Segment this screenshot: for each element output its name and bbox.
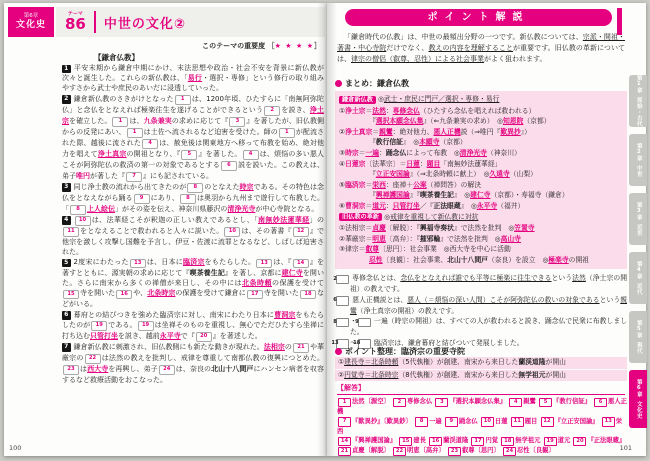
answer-line: 14『興禅護国論』 15建長 16蘭渓道隆 17円覚 18無学祖元 19道元 2… [337, 436, 627, 446]
key-term: 極楽寺 [548, 256, 568, 264]
summary-line: 『選択本願念仏集』（⇐九条兼実の求め） ◎知恩院（京都） [339, 116, 623, 127]
bold-term: 摧邪輪 [420, 235, 440, 243]
key-term: 興禅護国論 [376, 191, 410, 199]
blank-box-5: 5 [181, 150, 197, 160]
key-term: 永平寺 [160, 332, 181, 340]
number-chip-20: 20 [573, 437, 586, 447]
number-chip-2: 2 [336, 275, 349, 285]
blank-box-16: 16 [116, 290, 132, 300]
bold-term: 無学祖元 [518, 371, 545, 379]
key-term: 歎異抄 [500, 128, 520, 136]
blank-box-8: 8 [70, 205, 86, 215]
theme-header: テーマ 86 中世の文化② [56, 7, 325, 37]
number-chip-5: 5 [539, 398, 552, 408]
pink-term: 道元 [558, 437, 573, 444]
pink-term: 浄土宗 [345, 107, 365, 115]
key-term: 一遍 [365, 149, 379, 157]
number-chip-1: 1 [338, 398, 351, 408]
body-text: 1平安末期から鎌倉中期にかけ、末法思想や政治・社会不安を背景に新仏教が次々と誕生… [62, 63, 324, 385]
pink-term: 法然〔源空〕 [352, 398, 392, 405]
pink-term: 『教行信証』 [553, 398, 593, 405]
number-chip-8: 8 [415, 417, 428, 427]
note-line: 2 専修念仏とは、念仏をとなえれば誰でも平等に極楽に往生できるという法然（浄土宗… [335, 273, 627, 295]
side-tab-medieval: 第2章 中世 [629, 134, 647, 186]
paragraph: 7鎌倉新仏教に刺激され、旧仏教側にも新たな動きが現れた。法相宗の21や華厳宗の2… [62, 342, 324, 385]
summary-line: ①浄土宗＝法然：専修念仏（ひたすら念仏を唱えれば救われる） [339, 106, 623, 117]
bracket-close: ］ [314, 42, 321, 50]
paragraph-marker-4: 4 [62, 216, 71, 225]
blank-box-17: 17 [247, 290, 263, 300]
summary-line: ⑥曹洞宗＝道元：只管打坐／『正法眼蔵』 ◎永平寺（福井） [339, 201, 623, 212]
key-term: 曹洞宗 [274, 311, 295, 319]
number-chip-8: 8 [336, 318, 349, 328]
blank-box-22: 22 [85, 354, 101, 364]
paragraph: 52度宋にわたった13は、日本に臨済宗をもたらした。13は、『14』を著すととも… [62, 257, 324, 310]
summary-heading-label: まとめ：鎌倉仏教 [345, 78, 409, 89]
answers-label: 【解答】 [337, 383, 365, 393]
bold-term: 教行信証 [376, 138, 403, 146]
pink-term: 『興禅護国論』 [352, 437, 398, 444]
tab-label: 近世 [635, 224, 641, 236]
blank-box-1: 1 [279, 128, 295, 138]
bold-term: 北山十八間戸 [211, 365, 253, 373]
pink-term: 一遍 [429, 418, 444, 425]
key-term: 専修念仏 [393, 107, 420, 115]
key-term: 公案 [413, 181, 427, 189]
tab-chapter: 第4章 [635, 261, 641, 280]
key-term: 建仁寺 [470, 191, 490, 199]
chapter-box: 第6章 文化史 [8, 7, 54, 37]
blank-box-13: 13 [256, 259, 272, 269]
blank-box-10: 10 [75, 216, 91, 226]
importance-label: このテーマの重要度 [202, 42, 265, 50]
blank-box-15: 15 [63, 290, 79, 300]
organize-lines: ①建長寺＝北条時頼（5代執権）が創建、南宋から来日した蘭渓道隆が開山②円覚寺＝北… [335, 357, 627, 382]
bold-term: 北山十八間戸 [447, 256, 488, 264]
pink-term: 時宗 [345, 149, 359, 157]
underline-term: 戒律を重視して新仏教に対抗 [390, 213, 478, 221]
key-term: 選択本願念仏集 [376, 117, 424, 125]
tab-chapter: 第1章 [635, 75, 641, 94]
bold-term: 正法眼蔵 [433, 202, 460, 210]
tab-label: 現代 [635, 342, 641, 354]
pink-term: 叡尊〔思円〕 [462, 447, 502, 454]
key-term: 浄土宗 [62, 106, 324, 125]
pink-term: 題目 [525, 418, 540, 425]
pink-term: 踊念仏 [459, 418, 480, 425]
answer-line: 1法然〔源空〕 2専修念仏 3『選択本願念仏集』 4親鸞 5『教行信証』 6悪人… [337, 397, 627, 417]
summary-box: 鎌倉新仏教◎武士・庶民に門戸／選択・専修・易行①浄土宗＝法然：専修念仏（ひたすら… [335, 91, 627, 269]
key-term: 道元 [372, 202, 386, 210]
side-tab-primitive-ancient: 第1章 原始・古代 [629, 75, 647, 127]
paragraph-marker-5: 5 [62, 259, 71, 268]
underline-term: 武士・庶民に門戸／選択・専修・易行 [384, 95, 500, 103]
bracket-open: ［ [268, 42, 275, 50]
pink-term: 唯円 [76, 172, 90, 180]
number-chip-13: 13 [602, 417, 615, 427]
number-chip-16: 16 [429, 437, 442, 447]
pink-term: 無学祖元 [515, 437, 542, 444]
blank-box-1: 1 [175, 95, 191, 105]
side-tab-modern: 第4章 近代 [629, 252, 647, 304]
number-chip-21: 21 [338, 447, 351, 457]
number-chip-7: 7 [338, 417, 351, 427]
key-term: 易行 [188, 74, 202, 82]
blank-box-18: 18 [300, 290, 316, 300]
key-term: 上人絵伝 [87, 205, 115, 213]
summary-line: ⑤臨済宗＝栄西：座禅＋公案（禅問答）の解決 [339, 180, 623, 191]
number-chip-22: 22 [393, 447, 406, 457]
pink-term: 臨済宗 [345, 181, 365, 189]
blank-box-4: 4 [142, 139, 158, 149]
paragraph-marker-2: 2 [62, 95, 71, 104]
chapter-number: 第6章 [24, 13, 39, 20]
number-chip-6: 6 [594, 398, 607, 408]
right-page: ポイント解説 「鎌倉時代の仏教」は、中世の最頻出分野の一つです。新仏教については… [327, 3, 646, 456]
key-term: 法相宗 [264, 343, 285, 351]
organize-line: ②円覚寺＝北条時宗（8代執権）が創建、南宋から来日した無学祖元が開山 [335, 370, 627, 382]
notes: 2 専修念仏とは、念仏をとなえれば誰でも平等に極楽に往生できるという法然（浄土宗… [335, 273, 627, 349]
paragraph-marker-3: 3 [62, 183, 71, 192]
key-term: 時宗 [240, 183, 254, 191]
left-page: 第6章 文化史 テーマ 86 中世の文化② このテーマの重要度 ［★ ★ ★ ★… [4, 3, 327, 456]
note-line: 6 悪人正機説とは、悪人（＝煩悩の深い人間）こそが阿弥陀仏の救いの対象であるとい… [335, 295, 627, 317]
pink-term: 『選択本願念仏集』 [449, 398, 508, 405]
answers-divider [337, 394, 625, 395]
summary-heading: まとめ：鎌倉仏教 [335, 78, 409, 89]
organize-heading-label: ポイント整理：臨済宗の重要寺院 [345, 346, 465, 357]
number-chip-4: 4 [509, 398, 522, 408]
blank-box-9: 9 [134, 194, 150, 204]
summary-line: 旧仏教の革新◎戒律を重視して新仏教に対抗 [339, 212, 623, 224]
answer-line: 7『歎異抄』〔歎異鈔〕 8一遍 9踊念仏 10日蓮 11題目 12『立正安国論』… [337, 417, 627, 437]
blank-box-14: 14 [293, 259, 309, 269]
paragraph-marker-1: 1 [62, 65, 71, 74]
organize-line: ①建長寺＝北条時頼（5代執権）が創建、南宋から来日した蘭渓道隆が開山 [335, 357, 627, 369]
side-tab-contemporary: 第5章 現代 [629, 311, 647, 363]
tab-chapter: 第5章 [635, 320, 641, 339]
underline-term: 律宗の僧侶（叡尊、忍性）による社会事業 [351, 55, 484, 63]
pink-term: 蘭渓道隆 [443, 437, 470, 444]
side-tab-cultural-history: 第6章 文化史 [629, 370, 647, 428]
summary-line: ③律宗＝叡尊〔思円〕：社会事業 ◎西大寺を中心に活動 [339, 244, 623, 255]
intro-text: 「鎌倉時代の仏教」は、中世の最頻出分野の一つです。新仏教については、宗派・開祖・… [337, 32, 625, 65]
summary-line: 鎌倉新仏教◎武士・庶民に門戸／選択・専修・易行 [339, 94, 623, 106]
tab-chapter: 第2章 [635, 143, 641, 162]
underline-term: 悪人（＝煩悩の深い人間）こそが阿弥陀仏の救いの対象である [407, 296, 599, 304]
answers: 1法然〔源空〕 2専修念仏 3『選択本願念仏集』 4親鸞 5『教行信証』 6悪人… [337, 397, 627, 456]
key-term: 永平寺 [477, 202, 497, 210]
key-term: 日蓮 [406, 160, 420, 168]
edge-mark [617, 8, 622, 35]
underline-term: 円覚寺＝北条時宗 [344, 371, 398, 379]
tab-chapter: 第3章 [635, 202, 641, 221]
bold-term: 興福寺奏状 [420, 224, 454, 232]
paragraph: 2鎌倉新仏教のさきがけとなった1は、1200年頃、ひたすらに「南無阿弥陀仏」と念… [62, 94, 324, 182]
key-term: 久遠寺 [489, 170, 509, 178]
bold-term: 蘭渓道隆 [518, 358, 545, 366]
tab-label: 中世 [635, 165, 641, 177]
key-term: 叡尊 [365, 245, 379, 253]
paragraph: 3同じ浄土教の流れから出てきたのが8のとなえた時宗である。その特色は念仏をとなえ… [62, 182, 324, 215]
point-organize-heading: ポイント整理：臨済宗の重要寺院 [335, 346, 465, 357]
points-banner: ポイント解説 [345, 9, 612, 26]
key-term: 栄西 [372, 181, 386, 189]
number-chip-6: 6 [336, 296, 349, 306]
pink-term: 忍性〔良観〕 [517, 447, 555, 454]
tab-label: 近代 [635, 283, 641, 295]
underline-term: 法然 [572, 274, 586, 282]
pink-term: 日蓮 [495, 418, 510, 425]
number-chip-11: 11 [511, 417, 524, 427]
paragraph-marker-7: 7 [62, 343, 71, 352]
number-chip-12: 12 [541, 417, 554, 427]
key-term: 只管打坐 [393, 202, 420, 210]
summary-line: ①法相宗＝貞慶〔解脱〕：『興福寺奏状』で法然を批判 ◎笠置寺 [339, 223, 623, 234]
blank-box-3: 3 [229, 117, 245, 127]
pink-term: 浄土真宗 [345, 128, 372, 136]
key-term: 北条時頼 [242, 279, 272, 287]
key-term: 笠置寺 [514, 224, 534, 232]
number-chip-23: 23 [448, 447, 461, 457]
pink-term: 貞慶〔解脱〕 [352, 447, 392, 454]
blank-box-13: 13 [130, 259, 146, 269]
key-term: 法然 [372, 107, 386, 115]
key-term: 貞慶 [372, 224, 386, 232]
blank-box-1: 1 [127, 128, 143, 138]
theme-number-block: テーマ 86 [65, 12, 86, 32]
blank-box-12: 12 [293, 227, 309, 237]
blank-box-21: 21 [293, 343, 309, 353]
bold-term: 喫茶養生記 [190, 269, 225, 277]
pink-term: 親鸞 [523, 398, 538, 405]
summary-line: ②浄土真宗＝親鸞：絶対他力、悪人正機説（⇒唯円『歎異抄』） [339, 127, 623, 138]
underline-term: 教えの内容を理解すること [428, 44, 513, 52]
blank-box-19: 19 [91, 321, 107, 331]
summary-line: 『興禅護国論』『喫茶養生記』 ◎建仁寺（京都）・寿福寺（鎌倉） [339, 190, 623, 201]
key-term: 立正安国論 [376, 170, 410, 178]
blank-box-4: 4 [243, 150, 259, 160]
paragraph: 410は、法華経こそが釈迦の正しい教えであるとし、「南無妙法蓮華経」の11をとな… [62, 215, 324, 257]
blank-box-20: 20 [196, 332, 212, 342]
blank-box-1: 1 [112, 117, 128, 127]
blank-box-19: 19 [138, 321, 154, 331]
key-term: 悪人正機 [433, 128, 460, 136]
blank-box-10: 10 [224, 227, 240, 237]
key-term: 北条時宗 [147, 289, 175, 297]
summary-line: ④日蓮宗〔法華宗〕＝日蓮：題目「南無妙法蓮華経」 [339, 159, 623, 170]
key-term: 南無妙法蓮華経 [258, 216, 310, 224]
blank-box-2: 2 [264, 106, 280, 116]
summary-line: ②華厳宗＝明恵〔高弁〕：『摧邪輪』で法然を批判 ◎高山寺 [339, 234, 623, 245]
key-term: 高山寺 [501, 235, 521, 243]
pink-term: 九条兼実 [144, 117, 172, 125]
pink-term: 『立正安国論』 [555, 418, 601, 425]
side-tabs: 第1章 原始・古代 第2章 中世 第3章 近世 第4章 近代 第5章 現代 第6… [629, 0, 647, 461]
key-term: 浄土真宗 [98, 150, 127, 158]
paragraph: 6幕府との結びつきを強めた臨済宗に対し、南宋にわたり日本に曹洞宗をもたらしたのが… [62, 310, 324, 342]
bullet-icon [335, 348, 342, 355]
blank-box-8: 8 [187, 183, 203, 193]
summary-line: 『教行信証』 ◎本願寺（京都） [339, 137, 623, 148]
number-chip-10: 10 [481, 417, 494, 427]
key-term: 清浄光寺 [460, 149, 487, 157]
importance-rating: このテーマの重要度 ［★ ★ ★ ★］ [202, 41, 321, 51]
bold-term: 踊念仏 [386, 149, 406, 157]
number-chip-3: 3 [435, 398, 448, 408]
bold-term: 喫茶養生記 [420, 191, 454, 199]
category-label: 鎌倉新仏教 [339, 96, 376, 104]
section-heading: 【鎌倉仏教】 [94, 52, 139, 63]
summary-line: 忍性〔良観〕：社会事業、北山十八間戸（奈良）を設立 ◎極楽寺の開祖 [339, 255, 623, 266]
pink-term: 曹洞宗 [345, 202, 365, 210]
importance-stars: ★ ★ ★ ★ [275, 42, 314, 50]
key-term: 臨済宗 [183, 258, 205, 266]
key-term: 親鸞 [379, 128, 393, 136]
pink-term: 『歎異抄』〔歎異鈔〕 [352, 418, 414, 425]
key-term: 清浄光寺 [227, 205, 255, 213]
divider [94, 11, 96, 33]
pink-term: 日蓮宗 [345, 160, 365, 168]
category-label: 旧仏教の革新 [339, 213, 382, 221]
number-chip-15: 15 [399, 437, 412, 447]
key-term: 建仁寺 [282, 269, 303, 277]
pink-term: 円覚 [485, 437, 500, 444]
key-term: 只管打坐 [90, 332, 118, 340]
number-chip-17: 17 [471, 437, 484, 447]
pink-term: 明恵〔高弁〕 [407, 447, 447, 454]
number-chip-14: 14 [338, 437, 351, 447]
number-chip-2: 2 [393, 398, 406, 408]
blank-box-11: 11 [63, 227, 79, 237]
blank-box-8: 8 [180, 194, 196, 204]
tab-chapter: 第6章 [635, 379, 641, 398]
book-spread: 第6章 文化史 テーマ 86 中世の文化② このテーマの重要度 ［★ ★ ★ ★… [0, 0, 650, 461]
key-term: 西大寺 [87, 365, 108, 373]
paragraph: 1平安末期から鎌倉中期にかけ、末法思想や政治・社会不安を背景に新仏教が次々と誕生… [62, 63, 324, 94]
key-term: 本願寺 [419, 138, 439, 146]
key-term: 忍性 [369, 256, 383, 264]
bullet-icon [335, 80, 342, 87]
answer-line: 21貞慶〔解脱〕 22明恵〔高弁〕 23叡尊〔思円〕 24忍性〔良観〕 [337, 446, 627, 456]
pink-term: 専修念仏 [407, 398, 434, 405]
underline-term: 念仏をとなえれば誰でも平等に極楽に往生できる [400, 274, 551, 282]
paragraph-marker-6: 6 [62, 311, 71, 320]
blank-box-6: 6 [221, 161, 237, 171]
theme-number: 86 [65, 17, 86, 32]
blank-box-7: 7 [126, 172, 142, 182]
tab-label: 文化史 [635, 401, 641, 419]
chapter-title: 文化史 [16, 20, 46, 31]
number-chip-18: 18 [501, 437, 514, 447]
side-tab-early-modern: 第3章 近世 [629, 193, 647, 245]
key-term: 知恩院 [503, 117, 523, 125]
number-chip-9: 9 [445, 417, 458, 427]
blank-box-24: 24 [159, 365, 175, 375]
number-chip-24: 24 [503, 447, 516, 457]
note-line: 8・9 一遍（時宗の開祖）は、すべての人が救われると説き、踊念仏で民衆に布教しま… [335, 316, 627, 338]
page-title: 中世の文化② [104, 13, 186, 32]
number-chip-19: 19 [544, 437, 557, 447]
tab-label: 原始・古代 [635, 97, 641, 127]
pink-term: 建長 [413, 437, 428, 444]
blank-box-23: 23 [63, 365, 79, 375]
number-chip-9: 9 [358, 318, 371, 328]
underline-term: 建長寺＝北条時頼 [344, 358, 398, 366]
summary-line: 『立正安国論』（⇒北条時頼に献上） ◎久遠寺（山梨） [339, 169, 623, 180]
key-term: 明恵 [372, 235, 386, 243]
page-number-left: 100 [9, 444, 21, 452]
key-term: 題目 [427, 160, 441, 168]
summary-line: ③時宗＝一遍：踊念仏によって布教 ◎清浄光寺（神奈川） [339, 148, 623, 159]
